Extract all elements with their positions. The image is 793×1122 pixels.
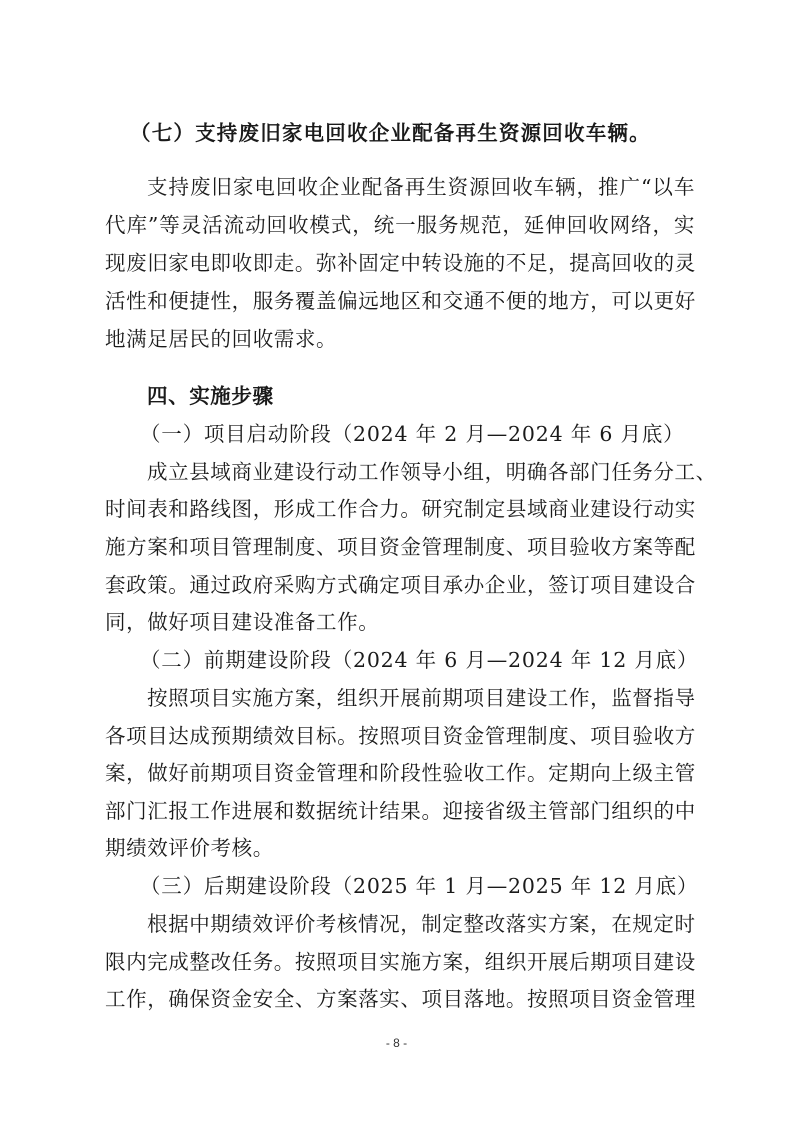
paragraph-line: 代库”等灵活流动回收模式，统一服务规范，延伸回收网络，实	[105, 213, 695, 237]
section-heading: （七）支持废旧家电回收企业配备再生资源回收车辆。	[130, 121, 690, 145]
paragraph-line: 根据中期绩效评价考核情况，制定整改落实方案，在规定时	[147, 912, 695, 936]
paragraph-line: 时间表和路线图，形成工作合力。研究制定县域商业建设行动实	[105, 497, 695, 521]
paragraph-line: 各项目达成预期绩效目标。按照项目资金管理制度、项目验收方	[105, 724, 695, 748]
paragraph-line: 期绩效评价考核。	[105, 836, 695, 860]
chapter-heading: 四、实施步骤	[147, 384, 447, 408]
phase-heading: （一）项目启动阶段（2024 年 2 月—2024 年 6 月底）	[140, 422, 660, 446]
paragraph-line: 限内完成整改任务。按照项目实施方案，组织开展后期项目建设	[105, 950, 695, 974]
paragraph-line: 工作，确保资金安全、方案落实、项目落地。按照项目资金管理	[105, 987, 695, 1011]
paragraph-line: 部门汇报工作进展和数据统计结果。迎接省级主管部门组织的中	[105, 799, 695, 823]
document-page: （七）支持废旧家电回收企业配备再生资源回收车辆。 支持废旧家电回收企业配备再生资…	[0, 0, 793, 1122]
paragraph-line: 套政策。通过政府采购方式确定项目承办企业，签订项目建设合	[105, 573, 695, 597]
paragraph-line: 施方案和项目管理制度、项目资金管理制度、项目验收方案等配	[105, 535, 695, 559]
paragraph-line: 地满足居民的回收需求。	[105, 327, 695, 351]
paragraph-line: 案，做好前期项目资金管理和阶段性验收工作。定期向上级主管	[105, 761, 695, 785]
paragraph-line: 同，做好项目建设准备工作。	[105, 610, 695, 634]
phase-heading: （二）前期建设阶段（2024 年 6 月—2024 年 12 月底）	[140, 648, 660, 672]
paragraph-line: 活性和便捷性，服务覆盖偏远地区和交通不便的地方，可以更好	[105, 289, 695, 313]
paragraph-line: 按照项目实施方案，组织开展前期项目建设工作，监督指导	[147, 686, 695, 710]
paragraph-line: 现废旧家电即收即走。弥补固定中转设施的不足，提高回收的灵	[105, 251, 695, 275]
paragraph-line: 支持废旧家电回收企业配备再生资源回收车辆，推广“以车	[147, 175, 695, 199]
paragraph-line: 成立县域商业建设行动工作领导小组，明确各部门任务分工、	[147, 460, 695, 484]
page-number: - 8 -	[0, 1036, 793, 1050]
phase-heading: （三）后期建设阶段（2025 年 1 月—2025 年 12 月底）	[140, 874, 660, 898]
